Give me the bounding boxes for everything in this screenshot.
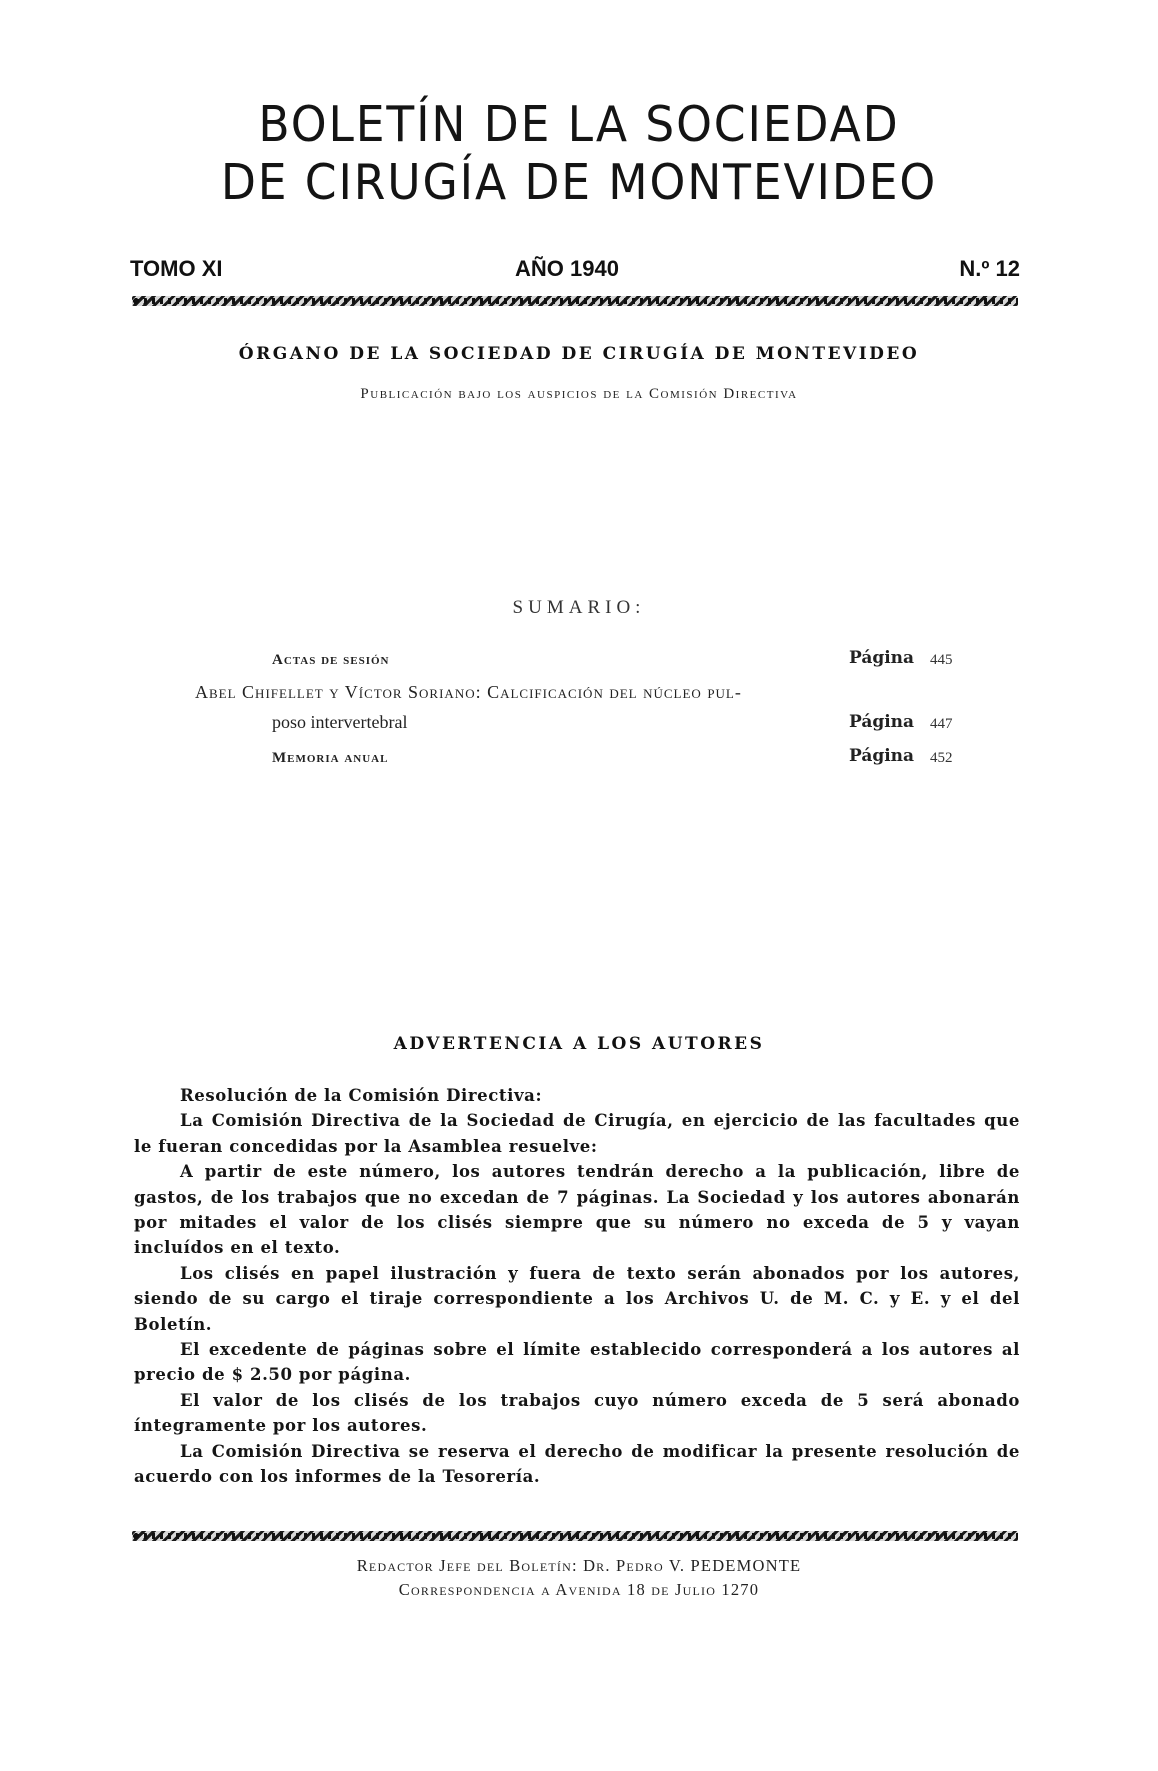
notice-paragraph: A partir de este número, los autores ten… [134, 1159, 1020, 1261]
toc-entry-1[interactable]: Actas de sesión [272, 648, 390, 669]
ornamental-rule-bottom [132, 1531, 1018, 1541]
toc-entry-title-continued: poso intervertebral [272, 712, 407, 732]
toc-entry-title: Actas de sesión [272, 652, 390, 668]
notice-paragraph: El excedente de páginas sobre el límite … [134, 1337, 1020, 1388]
toc-page-number: 452 [930, 750, 953, 767]
toc-page-number: 445 [930, 652, 953, 669]
toc-page-label: Página [849, 648, 914, 668]
volume-label: TOMO XI [130, 256, 223, 282]
toc-entry-3[interactable]: Memoria anual [272, 746, 388, 767]
auspices-statement: Publicación bajo los auspicios de la Com… [0, 386, 1158, 403]
toc-entry-title: Memoria anual [272, 750, 388, 766]
toc-entry-2-continued: poso intervertebral [272, 712, 407, 733]
year-label: AÑO 1940 [515, 256, 619, 282]
notice-paragraph: Resolución de la Comisión Directiva: [134, 1083, 1020, 1108]
toc-entry-title: Abel Chifellet y Víctor Soriano: Calcifi… [195, 682, 742, 702]
toc-page-label: Página [849, 712, 914, 732]
journal-title-line-1: BOLETÍN DE LA SOCIEDAD [41, 96, 1118, 153]
issue-meta-row: TOMO XI AÑO 1940 N.º 12 [130, 256, 1020, 286]
ornamental-rule-top [132, 296, 1018, 306]
toc-entry-2[interactable]: Abel Chifellet y Víctor Soriano: Calcifi… [195, 682, 742, 703]
notice-paragraph: La Comisión Directiva de la Sociedad de … [134, 1108, 1020, 1159]
issue-number-label: N.º 12 [959, 256, 1020, 282]
toc-page-number: 447 [930, 716, 953, 733]
notice-body: Resolución de la Comisión Directiva: La … [134, 1083, 1020, 1490]
journal-title-line-2: DE CIRUGÍA DE MONTEVIDEO [41, 154, 1118, 211]
toc-page-label: Página [849, 746, 914, 766]
correspondence-address: Correspondencia a Avenida 18 de Julio 12… [0, 1580, 1158, 1600]
notice-paragraph: El valor de los clisés de los trabajos c… [134, 1388, 1020, 1439]
notice-paragraph: La Comisión Directiva se reserva el dere… [134, 1439, 1020, 1490]
notice-heading: ADVERTENCIA A LOS AUTORES [0, 1034, 1158, 1054]
organ-statement: ÓRGANO DE LA SOCIEDAD DE CIRUGÍA DE MONT… [0, 344, 1158, 364]
notice-paragraph: Los clisés en papel ilustración y fuera … [134, 1261, 1020, 1337]
editor-credit: Redactor Jefe del Boletín: Dr. Pedro V. … [0, 1556, 1158, 1576]
summary-heading: SUMARIO: [0, 597, 1158, 619]
